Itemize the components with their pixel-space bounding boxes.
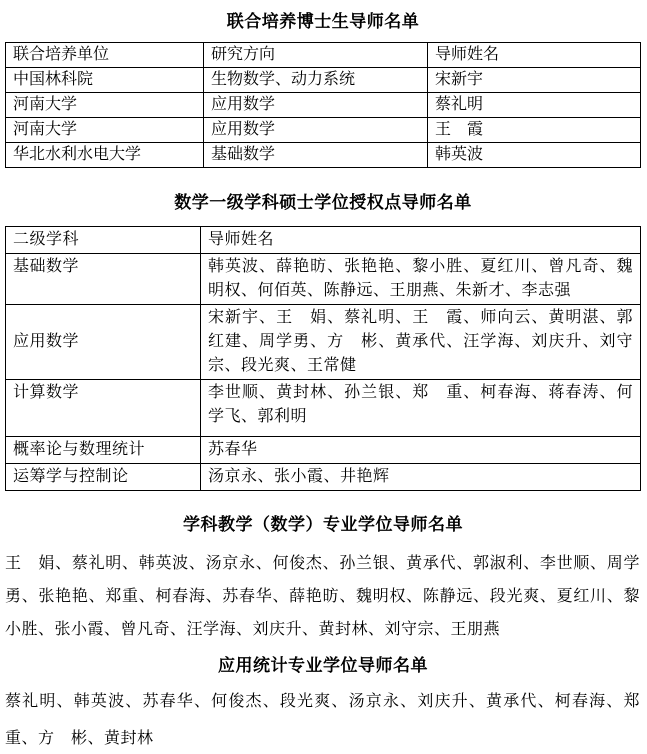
applied-stats-section-title: 应用统计专业学位导师名单 (5, 656, 641, 676)
table-header-row: 二级学科 导师姓名 (6, 227, 641, 254)
document-page: 联合培养博士生导师名单 联合培养单位 研究方向 导师姓名 中国林科院 生物数学、… (0, 0, 647, 754)
cell-discipline: 运筹学与控制论 (6, 464, 201, 491)
cell-unit: 中国林科院 (6, 68, 204, 93)
cell-unit: 河南大学 (6, 118, 204, 143)
teaching-supervisor-names: 王 娟、蔡礼明、韩英波、汤京永、何俊杰、孙兰银、黄承代、郭淑利、李世顺、周学勇、… (5, 547, 640, 646)
table-row: 概率论与数理统计 苏春华 (6, 437, 641, 464)
table-row: 华北水利水电大学 基础数学 韩英波 (6, 143, 641, 168)
cell-names: 韩英波、薛艳昉、张艳艳、黎小胜、夏红川、曾凡奇、魏明权、何佰英、陈静远、王朋燕、… (201, 254, 641, 305)
cell-discipline: 基础数学 (6, 254, 201, 305)
teaching-section-title: 学科教学（数学）专业学位导师名单 (5, 515, 641, 535)
cell-names: 汤京永、张小霞、井艳辉 (201, 464, 641, 491)
table-row: 应用数学 宋新宇、王 娟、蔡礼明、王 霞、师向云、黄明湛、郭红建、周学勇、方 彬… (6, 305, 641, 380)
cell-discipline: 应用数学 (6, 305, 201, 380)
cell-unit: 河南大学 (6, 93, 204, 118)
table-row: 基础数学 韩英波、薛艳昉、张艳艳、黎小胜、夏红川、曾凡奇、魏明权、何佰英、陈静远… (6, 254, 641, 305)
cell-name: 王 霞 (428, 118, 641, 143)
table-row: 运筹学与控制论 汤京永、张小霞、井艳辉 (6, 464, 641, 491)
cell-names: 苏春华 (201, 437, 641, 464)
cell-name: 宋新宇 (428, 68, 641, 93)
table-row: 河南大学 应用数学 王 霞 (6, 118, 641, 143)
cell-direction: 应用数学 (204, 93, 428, 118)
phd-section-title: 联合培养博士生导师名单 (5, 12, 641, 32)
cell-direction: 基础数学 (204, 143, 428, 168)
masters-supervisor-table: 二级学科 导师姓名 基础数学 韩英波、薛艳昉、张艳艳、黎小胜、夏红川、曾凡奇、魏… (5, 226, 641, 491)
cell-names: 宋新宇、王 娟、蔡礼明、王 霞、师向云、黄明湛、郭红建、周学勇、方 彬、黄承代、… (201, 305, 641, 380)
header-cell-direction: 研究方向 (204, 43, 428, 68)
header-cell-unit: 联合培养单位 (6, 43, 204, 68)
cell-name: 蔡礼明 (428, 93, 641, 118)
cell-name: 韩英波 (428, 143, 641, 168)
applied-stats-supervisor-names: 蔡礼明、韩英波、苏春华、何俊杰、段光爽、汤京永、刘庆升、黄承代、柯春海、郑 重、… (5, 683, 640, 754)
header-cell-name: 导师姓名 (428, 43, 641, 68)
header-cell-names: 导师姓名 (201, 227, 641, 254)
table-row: 河南大学 应用数学 蔡礼明 (6, 93, 641, 118)
cell-discipline: 计算数学 (6, 380, 201, 437)
joint-phd-supervisor-table: 联合培养单位 研究方向 导师姓名 中国林科院 生物数学、动力系统 宋新宇 河南大… (5, 42, 641, 168)
cell-direction: 生物数学、动力系统 (204, 68, 428, 93)
cell-discipline: 概率论与数理统计 (6, 437, 201, 464)
table-row: 计算数学 李世顺、黄封林、孙兰银、郑 重、柯春海、蒋春涛、何学飞、郭利明 (6, 380, 641, 437)
table-header-row: 联合培养单位 研究方向 导师姓名 (6, 43, 641, 68)
table-row: 中国林科院 生物数学、动力系统 宋新宇 (6, 68, 641, 93)
header-cell-discipline: 二级学科 (6, 227, 201, 254)
cell-names: 李世顺、黄封林、孙兰银、郑 重、柯春海、蒋春涛、何学飞、郭利明 (201, 380, 641, 437)
cell-direction: 应用数学 (204, 118, 428, 143)
masters-section-title: 数学一级学科硕士学位授权点导师名单 (5, 193, 641, 213)
cell-unit: 华北水利水电大学 (6, 143, 204, 168)
